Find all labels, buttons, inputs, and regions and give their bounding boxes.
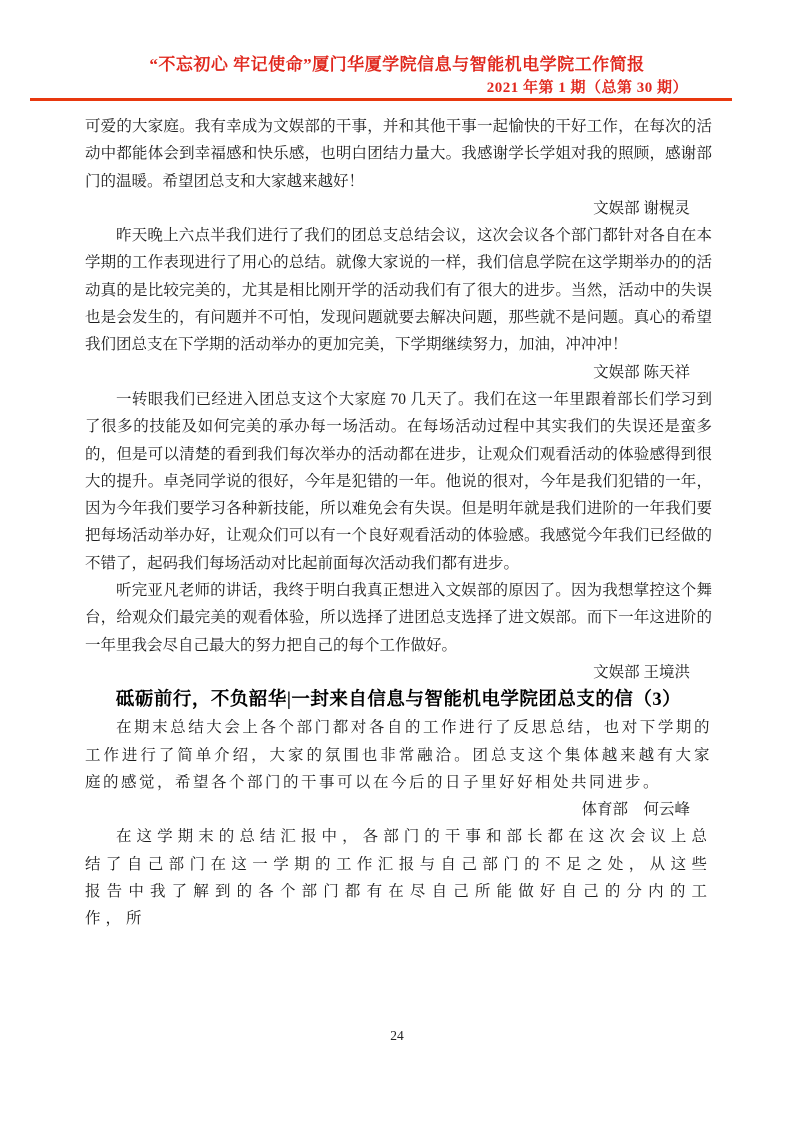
bulletin-issue-number: 2021 年第 1 期（总第 30 期） [0, 76, 794, 97]
paragraph-term-end-assembly: 在期末总结大会上各个部门都对各自的工作进行了反思总结，也对下学期的工作进行了简单… [85, 714, 712, 796]
paragraph-department-reports: 在这学期末的总结汇报中，各部门的干事和部长都在这次会议上总结了自己部门在这一学期… [85, 823, 712, 932]
section-heading-letter-3: 砥砺前行，不负韶华|一封来自信息与智能机电学院团总支的信（3） [85, 686, 712, 714]
paragraph-meeting-summary: 昨天晚上六点半我们进行了我们的团总支总结会议，这次会议各个部门都针对各自在本学期… [85, 222, 712, 358]
paragraph-teacher-speech: 听完亚凡老师的讲话，我终于明白我真正想进入文娱部的原因了。因为我想掌控这个舞台，… [85, 577, 712, 659]
page-number: 24 [0, 1028, 794, 1044]
bulletin-title: “不忘初心 牢记使命”厦门华厦学院信息与智能机电学院工作简报 [0, 50, 794, 75]
signature-wenyu-chen: 文娱部 陈天祥 [85, 359, 712, 386]
paragraph-continuation: 可爱的大家庭。我有幸成为文娱部的干事，并和其他干事一起愉快的干好工作，在每次的活… [85, 113, 712, 195]
paragraph-seventy-days: 一转眼我们已经进入团总支这个大家庭 70 几天了。我们在这一年里跟着部长们学习到… [85, 386, 712, 577]
header-divider-rule [30, 98, 732, 101]
document-body: 可爱的大家庭。我有幸成为文娱部的干事，并和其他干事一起愉快的干好工作，在每次的活… [85, 113, 712, 933]
signature-wenyu-wang: 文娱部 王境洪 [85, 659, 712, 686]
signature-tiyu-he: 体育部 何云峰 [85, 796, 712, 823]
signature-wenyu-xie: 文娱部 谢榥灵 [85, 195, 712, 222]
document-page: “不忘初心 牢记使命”厦门华厦学院信息与智能机电学院工作简报 2021 年第 1… [0, 0, 794, 1123]
